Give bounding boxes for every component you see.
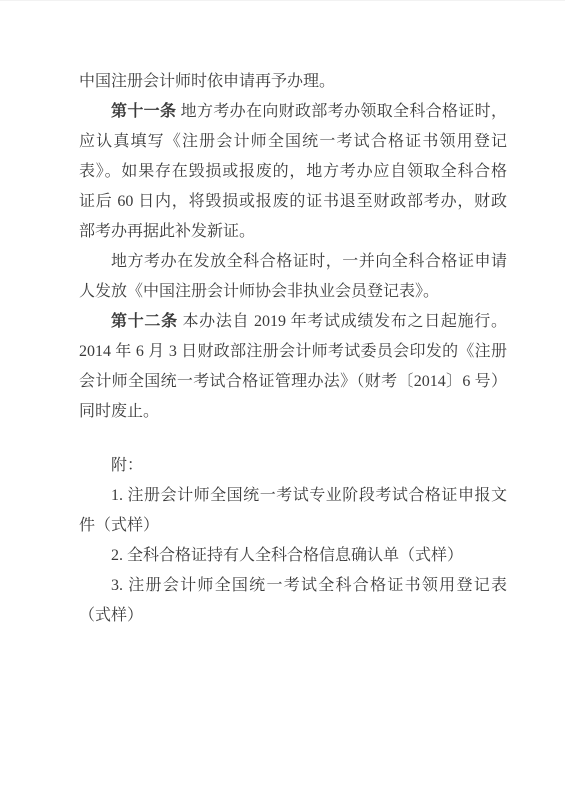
- text-line: 人发放《中国注册会计师协会非执业会员登记表》。: [79, 277, 507, 307]
- text-segment: 2014 年 6 月 3 日财政部注册会计师考试委员会印发的《注册: [79, 343, 507, 360]
- text-segment: 1. 注册会计师全国统一考试专业阶段考试合格证申报文: [111, 487, 507, 504]
- document-text-block: 中国注册会计师时依申请再予办理。第十一条 地方考办在向财政部考办领取全科合格证时…: [0, 1, 565, 631]
- article-number-bold: 第十二条: [111, 313, 178, 330]
- text-line: （式样）: [79, 601, 507, 631]
- text-line: 应认真填写《注册会计师全国统一考试合格证书领用登记: [79, 127, 507, 157]
- text-segment: 3. 注册会计师全国统一考试全科合格证书领用登记表: [111, 577, 507, 594]
- text-segment: 证后 60 日内，将毁损或报废的证书退至财政部考办，财政: [79, 193, 507, 210]
- text-segment: 表》。如果存在毁损或报废的，地方考办应自领取全科合格: [79, 163, 507, 180]
- text-segment: 应认真填写《注册会计师全国统一考试合格证书领用登记: [79, 133, 507, 150]
- text-line: 2. 全科合格证持有人全科合格信息确认单（式样）: [79, 541, 507, 571]
- text-line: 地方考办在发放全科合格证时，一并向全科合格证申请: [79, 247, 507, 277]
- text-line: 2014 年 6 月 3 日财政部注册会计师考试委员会印发的《注册: [79, 337, 507, 367]
- text-segment: 件（式样）: [79, 517, 159, 534]
- text-segment: 2. 全科合格证持有人全科合格信息确认单（式样）: [111, 547, 463, 564]
- document-page: 中国注册会计师时依申请再予办理。第十一条 地方考办在向财政部考办领取全科合格证时…: [0, 0, 565, 801]
- text-segment: 部考办再据此补发新证。: [79, 223, 255, 240]
- text-line: 3. 注册会计师全国统一考试全科合格证书领用登记表: [79, 571, 507, 601]
- text-segment: 本办法自 2019 年考试成绩发布之日起施行。: [178, 313, 507, 330]
- text-segment: 地方考办在向财政部考办领取全科合格证时，: [176, 103, 507, 120]
- text-line: 中国注册会计师时依申请再予办理。: [79, 67, 507, 97]
- blank-spacer: [79, 427, 507, 451]
- text-line: 附：: [79, 451, 507, 481]
- text-line: 第十二条 本办法自 2019 年考试成绩发布之日起施行。: [79, 307, 507, 337]
- text-line: 证后 60 日内，将毁损或报废的证书退至财政部考办，财政: [79, 187, 507, 217]
- text-line: 1. 注册会计师全国统一考试专业阶段考试合格证申报文: [79, 481, 507, 511]
- text-segment: （式样）: [79, 607, 143, 624]
- text-segment: 中国注册会计师时依申请再予办理。: [79, 73, 335, 90]
- text-line: 部考办再据此补发新证。: [79, 217, 507, 247]
- text-line: 表》。如果存在毁损或报废的，地方考办应自领取全科合格: [79, 157, 507, 187]
- article-number-bold: 第十一条: [111, 103, 176, 120]
- text-line: 会计师全国统一考试合格证管理办法》（财考〔2014〕6 号）: [79, 367, 507, 397]
- text-segment: 同时废止。: [79, 403, 159, 420]
- text-segment: 地方考办在发放全科合格证时，一并向全科合格证申请: [111, 253, 507, 270]
- text-line: 件（式样）: [79, 511, 507, 541]
- text-segment: 人发放《中国注册会计师协会非执业会员登记表》。: [79, 283, 439, 300]
- text-segment: 会计师全国统一考试合格证管理办法》（财考〔2014〕6 号）: [79, 373, 507, 390]
- text-segment: 附：: [111, 457, 143, 474]
- text-line: 同时废止。: [79, 397, 507, 427]
- text-line: 第十一条 地方考办在向财政部考办领取全科合格证时，: [79, 97, 507, 127]
